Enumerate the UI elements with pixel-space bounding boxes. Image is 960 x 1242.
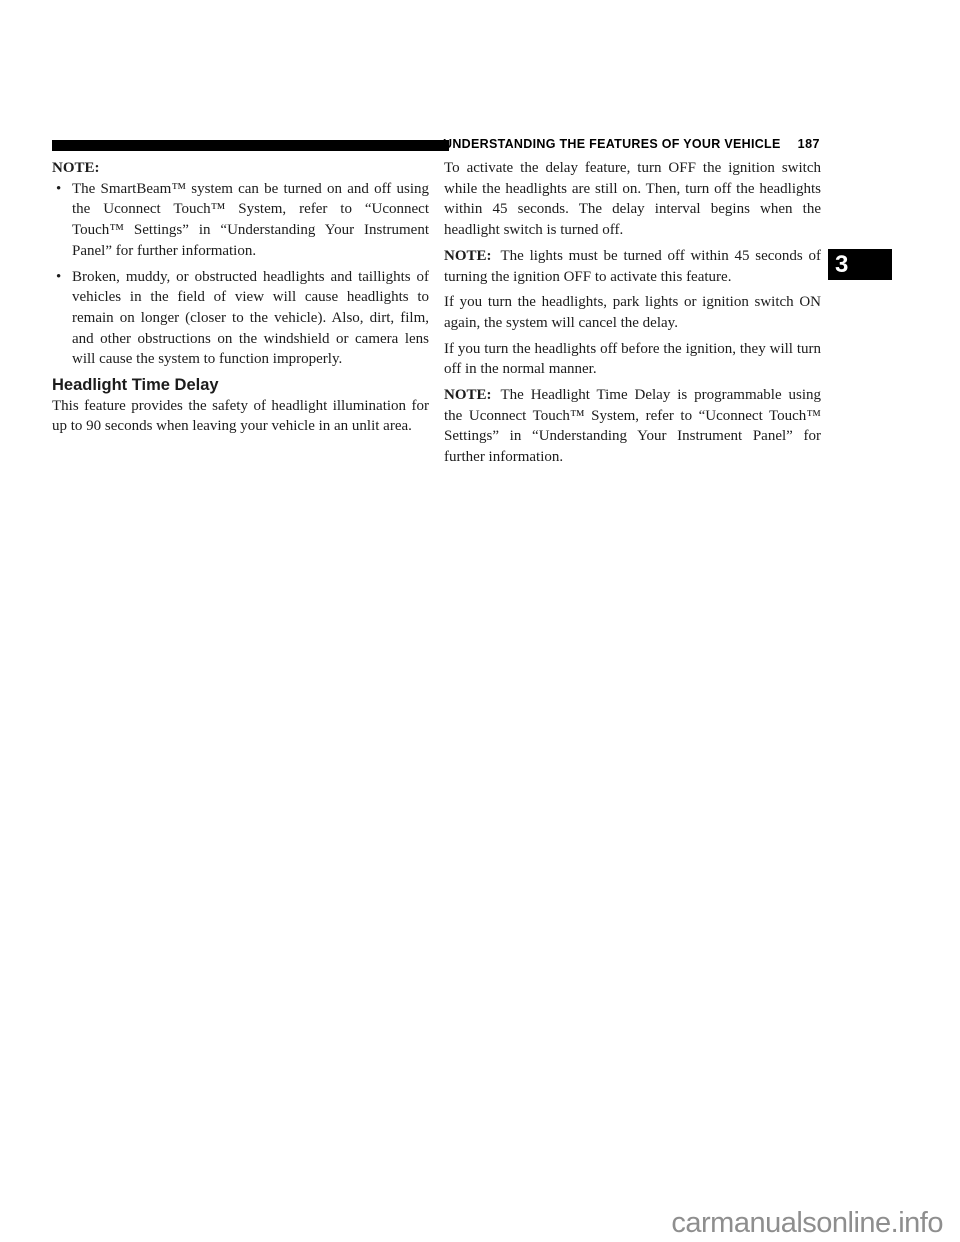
bullet-marker: •: [56, 267, 61, 288]
watermark: carmanualsonline.info: [671, 1207, 943, 1240]
note-prefix: NOTE:: [444, 387, 492, 403]
paragraph-text: To activate the delay feature, turn OFF …: [444, 160, 821, 238]
note-prefix: NOTE:: [444, 248, 492, 264]
paragraph-text: The lights must be turned off within 45 …: [444, 248, 821, 285]
body-paragraph: If you turn the headlights, park lights …: [444, 292, 821, 333]
note-bullet-item: • The SmartBeam™ system can be turned on…: [52, 179, 429, 262]
running-header-title: UNDERSTANDING THE FEATURES OF YOUR VEHIC…: [443, 137, 781, 151]
body-paragraph: NOTE:The Headlight Time Delay is program…: [444, 385, 821, 468]
note-bullet-item: • Broken, muddy, or obstructed headlight…: [52, 267, 429, 371]
paragraph-text: If you turn the headlights, park lights …: [444, 294, 821, 331]
body-paragraph: To activate the delay feature, turn OFF …: [444, 158, 821, 241]
body-paragraph: If you turn the headlights off before th…: [444, 339, 821, 380]
paragraph-text: The Headlight Time Delay is programmable…: [444, 387, 821, 465]
body-paragraph: NOTE:The lights must be turned off withi…: [444, 246, 821, 287]
section-heading: Headlight Time Delay: [52, 375, 429, 396]
note-bullet-list: • The SmartBeam™ system can be turned on…: [52, 179, 429, 370]
bullet-text: The SmartBeam™ system can be turned on a…: [72, 181, 429, 259]
paragraph-text: If you turn the headlights off before th…: [444, 341, 821, 378]
page-number: 187: [798, 137, 820, 151]
header-rule: [52, 140, 449, 151]
bullet-marker: •: [56, 179, 61, 200]
chapter-tab-number: 3: [835, 251, 848, 278]
running-header: UNDERSTANDING THE FEATURES OF YOUR VEHIC…: [443, 137, 820, 151]
bullet-text: Broken, muddy, or obstructed headlights …: [72, 269, 429, 368]
manual-page: UNDERSTANDING THE FEATURES OF YOUR VEHIC…: [0, 0, 960, 1242]
right-column: To activate the delay feature, turn OFF …: [444, 158, 821, 473]
left-column: NOTE: • The SmartBeam™ system can be tur…: [52, 158, 429, 442]
note-label: NOTE:: [52, 158, 429, 179]
body-paragraph: This feature provides the safety of head…: [52, 396, 429, 437]
chapter-tab: 3: [828, 249, 892, 280]
